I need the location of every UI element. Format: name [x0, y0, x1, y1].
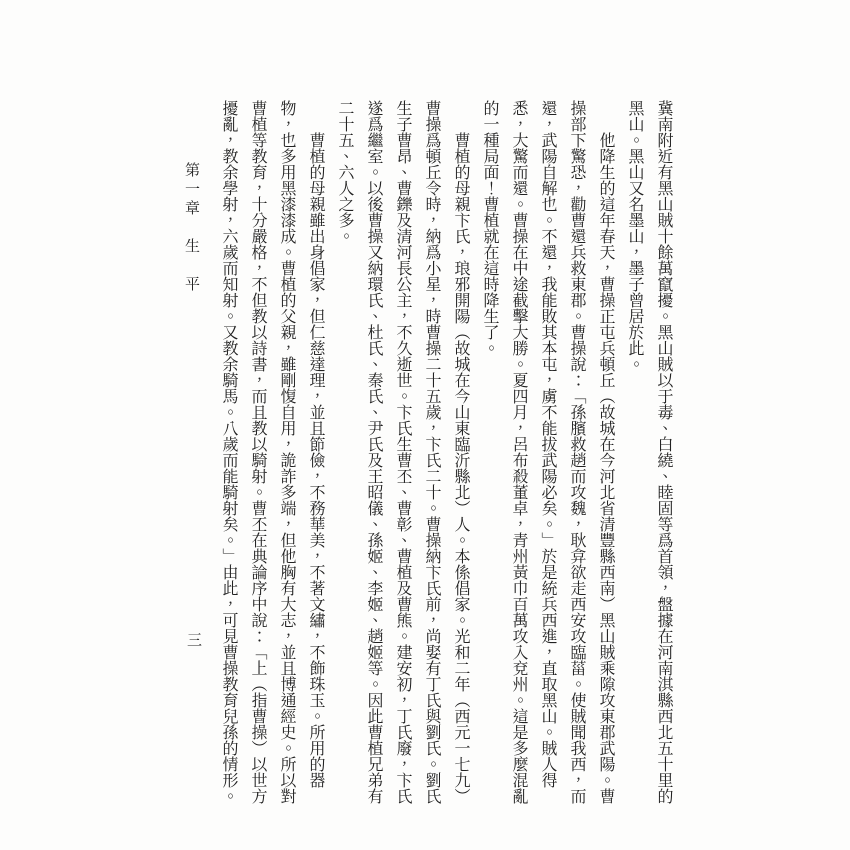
- paragraph-mother-bian: 曹植的母親卞氏，琅邪開陽（故城在今山東臨沂縣北）人。本係倡家。光和二年（西元一七…: [330, 100, 475, 804]
- paragraph-birth-year: 他降生的這年春天，曹操正屯兵頓丘（故城在今河北省清豐縣西南）黑山賊乘隙攻東郡武陽…: [475, 100, 620, 804]
- book-page: 第一章 生 平 三 冀南附近有黑山賊十餘萬竄擾。黑山賊以于毒、白繞、睦固等爲首領…: [0, 0, 850, 850]
- page-number: 三: [183, 632, 204, 647]
- chapter-running-header: 第一章 生 平: [181, 162, 202, 295]
- paragraph-continuation: 冀南附近有黑山賊十餘萬竄擾。黑山賊以于毒、白繞、睦固等爲首領，盤據在河南淇縣西北…: [620, 100, 678, 804]
- paragraph-upbringing: 曹植的母親雖出身倡家，但仁慈達理，並且節儉，不務華美，不著文繡，不飾珠玉。所用的…: [214, 100, 330, 804]
- body-text: 冀南附近有黑山賊十餘萬竄擾。黑山賊以于毒、白繞、睦固等爲首領，盤據在河南淇縣西北…: [208, 100, 678, 804]
